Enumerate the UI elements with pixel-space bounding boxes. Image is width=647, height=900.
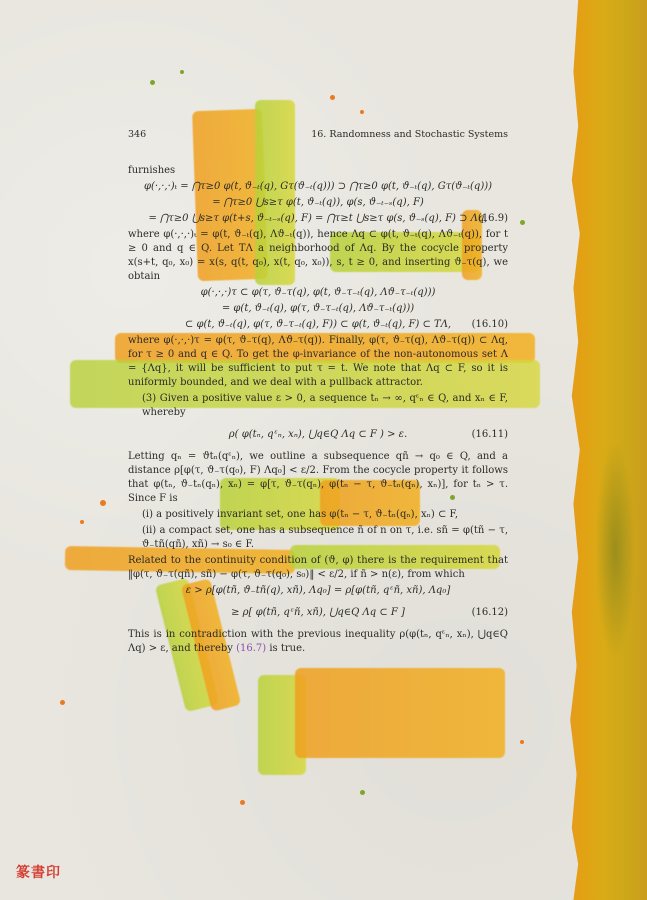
text-line: furnishes [128, 164, 508, 178]
equation-line: ε > ρ[φ(tñ, ϑ₋tñ(q), xñ), Λq₀] = ρ[φ(tñ,… [128, 584, 508, 598]
equation-16-9: = ⋂τ≥0 ⋃s≥τ φ(t+s, ϑ₋ₜ₋ₛ(q), F) = ⋂τ≥t ⋃… [128, 212, 508, 226]
splatter-dot [80, 520, 84, 524]
splatter-dot [520, 220, 525, 225]
running-header: 346 16. Randomness and Stochastic System… [128, 128, 508, 142]
equation-line: = φ(t, ϑ₋ₜ(q), φ(τ, ϑ₋τ₋ₜ(q), Λϑ₋τ₋ₜ(q))… [128, 302, 508, 316]
paragraph: Letting qₙ = ϑtₙ(qᵋₙ), we outline a subs… [128, 450, 508, 506]
equation-number: (16.9) [478, 212, 508, 226]
running-head: 16. Randomness and Stochastic Systems [311, 128, 508, 142]
paragraph: where φ(·,·,·)τ = φ(τ, ϑ₋τ(q), Λϑ₋τ(q)).… [128, 334, 508, 390]
artist-seal-stamp: 篆書印 [16, 862, 61, 882]
equation-line: φ(·,·,·)ₜ = ⋂τ≥0 φ(t, ϑ₋ₜ(q), Gτ(ϑ₋ₜ(q))… [128, 180, 508, 194]
equation-16-12: ≥ ρ[ φ(tñ, qᵋñ, xñ), ⋃q∈Q Λq ⊂ F ] (16.1… [128, 606, 508, 620]
paragraph: This is in contradiction with the previo… [128, 628, 508, 656]
splatter-dot [360, 790, 365, 795]
equation-16-10: ⊂ φ(t, ϑ₋ₜ(q), φ(τ, ϑ₋τ₋ₜ(q), F)) ⊂ φ(t,… [128, 318, 508, 332]
splatter-dot [360, 110, 364, 114]
edge-green-shade [595, 440, 635, 660]
artwork-canvas: 346 16. Randomness and Stochastic System… [0, 0, 647, 900]
paragraph: (i) a positively invariant set, one has … [128, 508, 508, 522]
page-number: 346 [128, 128, 146, 142]
paragraph: Related to the continuity condition of (… [128, 554, 508, 582]
equation-number: (16.11) [472, 428, 508, 442]
book-page-text: 346 16. Randomness and Stochastic System… [128, 128, 508, 658]
equation-number: (16.12) [472, 606, 508, 620]
splatter-dot [180, 70, 184, 74]
equation-number: (16.10) [472, 318, 508, 332]
paragraph: (ii) a compact set, one has a subsequenc… [128, 524, 508, 552]
equation-line: φ(·,·,·)τ ⊂ φ(τ, ϑ₋τ(q), φ(t, ϑ₋τ₋ₜ(q), … [128, 286, 508, 300]
paragraph: where φ(·,·,·)ₜ = φ(t, ϑ₋ₜ(q), Λϑ₋ₜ(q)),… [128, 228, 508, 284]
splatter-dot [150, 80, 155, 85]
equation-line: = ⋂τ≥0 ⋃s≥τ φ(t, ϑ₋ₜ(q)), φ(s, ϑ₋ₜ₋ₛ(q),… [128, 196, 508, 210]
splatter-dot [60, 700, 65, 705]
paragraph: (3) Given a positive value ε > 0, a sequ… [128, 392, 508, 420]
splatter-dot [100, 500, 106, 506]
splatter-dot [240, 800, 245, 805]
orange-horizontal-stroke-bottom [295, 668, 505, 758]
splatter-dot [330, 95, 335, 100]
equation-16-11: ρ( φ(tₙ, qᵋₙ, xₙ), ⋃q∈Q Λq ⊂ F ) > ε. (1… [128, 428, 508, 442]
splatter-dot [520, 740, 524, 744]
cross-reference-link[interactable]: (16.7) [236, 643, 266, 654]
